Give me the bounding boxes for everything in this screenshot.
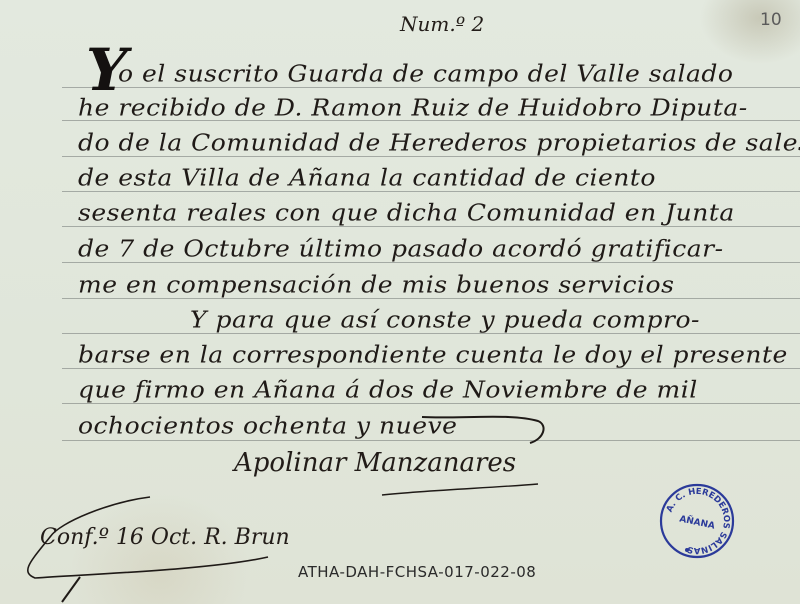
flourish-stroke [420, 395, 550, 445]
page-number: 10 [760, 10, 782, 30]
folio-label: Num.º 2 [400, 12, 484, 36]
ruled-line [62, 87, 800, 88]
manuscript-line-9: barse en la correspondiente cuenta le do… [78, 340, 788, 368]
manuscript-line-8: Y para que así conste y pueda compro- [190, 305, 700, 333]
ruled-line [62, 226, 800, 227]
ruled-line [62, 333, 800, 334]
signature-main: Apolinar Manzanares [234, 448, 516, 478]
ruled-line [62, 368, 800, 369]
manuscript-line-4: de esta Villa de Añana la cantidad de ci… [78, 163, 656, 191]
ruled-line [62, 191, 800, 192]
manuscript-line-1: o el suscrito Guarda de campo del Valle … [118, 59, 733, 87]
signature-flourish [380, 480, 540, 500]
archive-stamp-icon: A. C. HEREDEROS SALINAS AÑANA [659, 483, 735, 559]
archive-reference: ATHA-DAH-FCHSA-017-022-08 [298, 563, 536, 581]
ruled-line [62, 156, 800, 157]
signature-left-flourish [10, 492, 300, 604]
ruled-line [62, 262, 800, 263]
manuscript-line-7: me en compensación de mis buenos servici… [78, 270, 674, 298]
manuscript-line-6: de 7 de Octubre último pasado acordó gra… [78, 234, 724, 262]
manuscript-line-10: que firmo en Añana á dos de Noviembre de… [78, 375, 698, 403]
manuscript-line-3: do de la Comunidad de Herederos propieta… [78, 128, 800, 156]
ruled-line [62, 298, 800, 299]
manuscript-line-11: ochocientos ochenta y nueve [78, 411, 457, 439]
manuscript-line-5: sesenta reales con que dicha Comunidad e… [78, 198, 735, 226]
manuscript-line-2: he recibido de D. Ramon Ruiz de Huidobro… [78, 93, 748, 121]
manuscript-page: Num.º 2 10 Y o el suscrito Guarda de cam… [0, 0, 800, 604]
stamp-center-text: AÑANA [678, 513, 715, 531]
